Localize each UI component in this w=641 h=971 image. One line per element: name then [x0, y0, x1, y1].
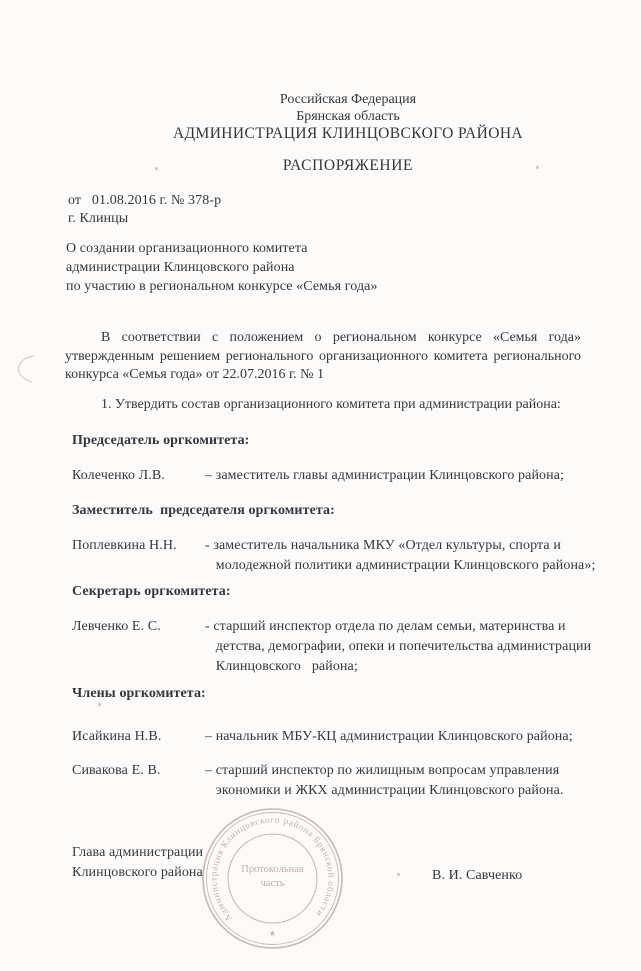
stamp-center-text-1: Протокольная	[241, 864, 304, 875]
member-name-levchenko: Левченко Е. С.	[72, 617, 161, 637]
pen-mark	[8, 350, 42, 390]
signature-title-line-1: Глава администрации	[72, 843, 203, 863]
signature-name: В. И. Савченко	[432, 866, 522, 886]
stamp-star: ★	[269, 929, 276, 938]
scan-speck	[155, 167, 158, 170]
scan-speck	[397, 873, 400, 876]
item-1-text: 1. Утвердить состав организационного ком…	[65, 396, 585, 414]
official-stamp: Администрация Клинцовского района Брянск…	[200, 806, 345, 951]
header-organization: АДМИНИСТРАЦИЯ КЛИНЦОВСКОГО РАЙОНА	[28, 125, 641, 143]
section-heading-members: Члены оргкомитета:	[72, 684, 206, 704]
subject-line-2: администрации Клинцовского района	[66, 258, 295, 277]
date-number-line: от 01.08.2016 г. № 378-р	[68, 191, 221, 211]
doc-type-title: РАСПОРЯЖЕНИЕ	[28, 157, 641, 175]
preamble-paragraph: В соответствии с положением о региональн…	[65, 329, 581, 385]
member-role-sivakova: – старший инспектор по жилищным вопросам…	[205, 761, 564, 801]
preamble-line-2: утвержденным решением регионального орга…	[65, 348, 581, 367]
city-line: г. Клинцы	[68, 209, 128, 229]
member-name-isaykina: Исайкина Н.В.	[72, 727, 161, 747]
member-role-poplevkina: - заместитель начальника МКУ «Отдел куль…	[205, 536, 595, 576]
member-name-sivakova: Сивакова Е. В.	[72, 761, 161, 781]
stamp-center-text-2: часть	[261, 878, 285, 889]
member-role-kolechenko: – заместитель главы администрации Клинцо…	[205, 466, 564, 486]
section-heading-secretary: Секретарь оргкомитета:	[72, 582, 231, 602]
header-region: Брянская область	[28, 108, 641, 125]
signature-title-line-2: Клинцовского района	[72, 863, 203, 883]
section-heading-deputy-chairman: Заместитель председателя оргкомитета:	[72, 501, 335, 521]
scan-speck	[536, 166, 539, 169]
member-role-levchenko: - старший инспектор отдела по делам семь…	[205, 617, 591, 677]
header-country: Российская Федерация	[28, 91, 641, 108]
member-role-isaykina: – начальник МБУ-КЦ администрации Клинцов…	[205, 727, 573, 747]
member-name-kolechenko: Колеченко Л.В.	[72, 466, 165, 486]
subject-line-3: по участию в региональном конкурсе «Семь…	[66, 277, 378, 296]
scanned-document-page: Российская Федерация Брянская область АД…	[0, 0, 641, 971]
subject-line-1: О создании организационного комитета	[66, 239, 308, 258]
preamble-line-3: конкурса «Семья года» от 22.07.2016 г. №…	[65, 366, 581, 385]
scan-speck	[98, 703, 101, 706]
member-name-poplevkina: Поплевкина Н.Н.	[72, 536, 177, 556]
section-heading-chairman: Председатель оргкомитета:	[72, 431, 249, 451]
preamble-line-1: В соответствии с положением о региональн…	[65, 329, 581, 348]
